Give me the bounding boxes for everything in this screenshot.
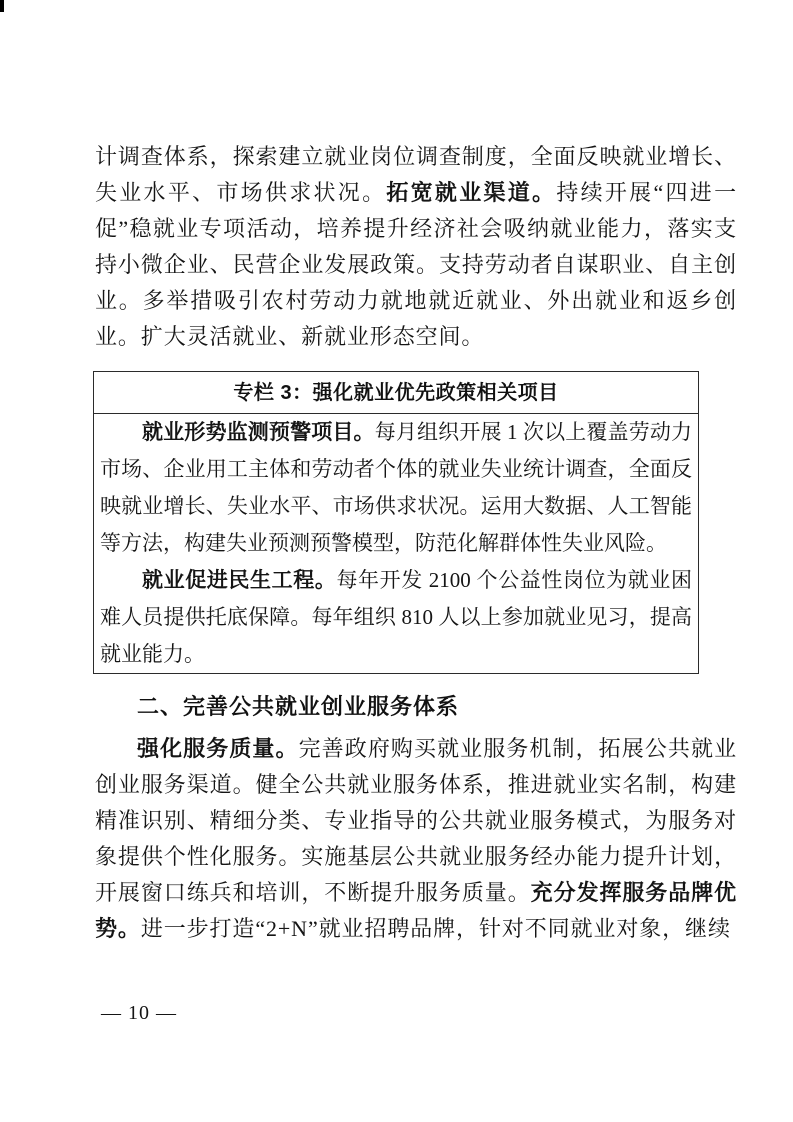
scan-artifact-mark [0,0,4,12]
box-paragraph-monitoring-project: 就业形势监测预警项目。每月组织开展 1 次以上覆盖劳动力市场、企业用工主体和劳动… [100,414,692,562]
emphasis-text: 就业促进民生工程。 [142,568,336,592]
column-box-body: 就业形势监测预警项目。每月组织开展 1 次以上覆盖劳动力市场、企业用工主体和劳动… [94,414,698,673]
emphasis-text: 强化服务质量。 [137,736,299,761]
column-box-3: 专栏 3：强化就业优先政策相关项目 就业形势监测预警项目。每月组织开展 1 次以… [93,371,699,674]
body-text: 持续开展“四进一促”稳就业专项活动，培养提升经济社会吸纳就业能力，落实支持小微企… [95,180,737,349]
paragraph-service-quality: 强化服务质量。完善政府购买就业服务机制，拓展公共就业创业服务渠道。健全公共就业服… [95,731,737,947]
column-box-title: 专栏 3：强化就业优先政策相关项目 [94,372,698,414]
document-content: 计调查体系，探索建立就业岗位调查制度，全面反映就业增长、失业水平、市场供求状况。… [95,139,737,947]
section-heading-2: 二、完善公共就业创业服务体系 [95,692,737,722]
body-text: 进一步打造“2+N”就业招聘品牌，针对不同就业对象，继续 [141,916,731,941]
emphasis-text: 拓宽就业渠道。 [386,180,556,205]
paragraph-employment-channels: 计调查体系，探索建立就业岗位调查制度，全面反映就业增长、失业水平、市场供求状况。… [95,139,737,355]
box-paragraph-livelihood-project: 就业促进民生工程。每年开发 2100 个公益性岗位为就业困难人员提供托底保障。每… [100,562,692,673]
page-number: — 10 — [101,1002,177,1025]
emphasis-text: 就业形势监测预警项目。 [142,420,375,444]
